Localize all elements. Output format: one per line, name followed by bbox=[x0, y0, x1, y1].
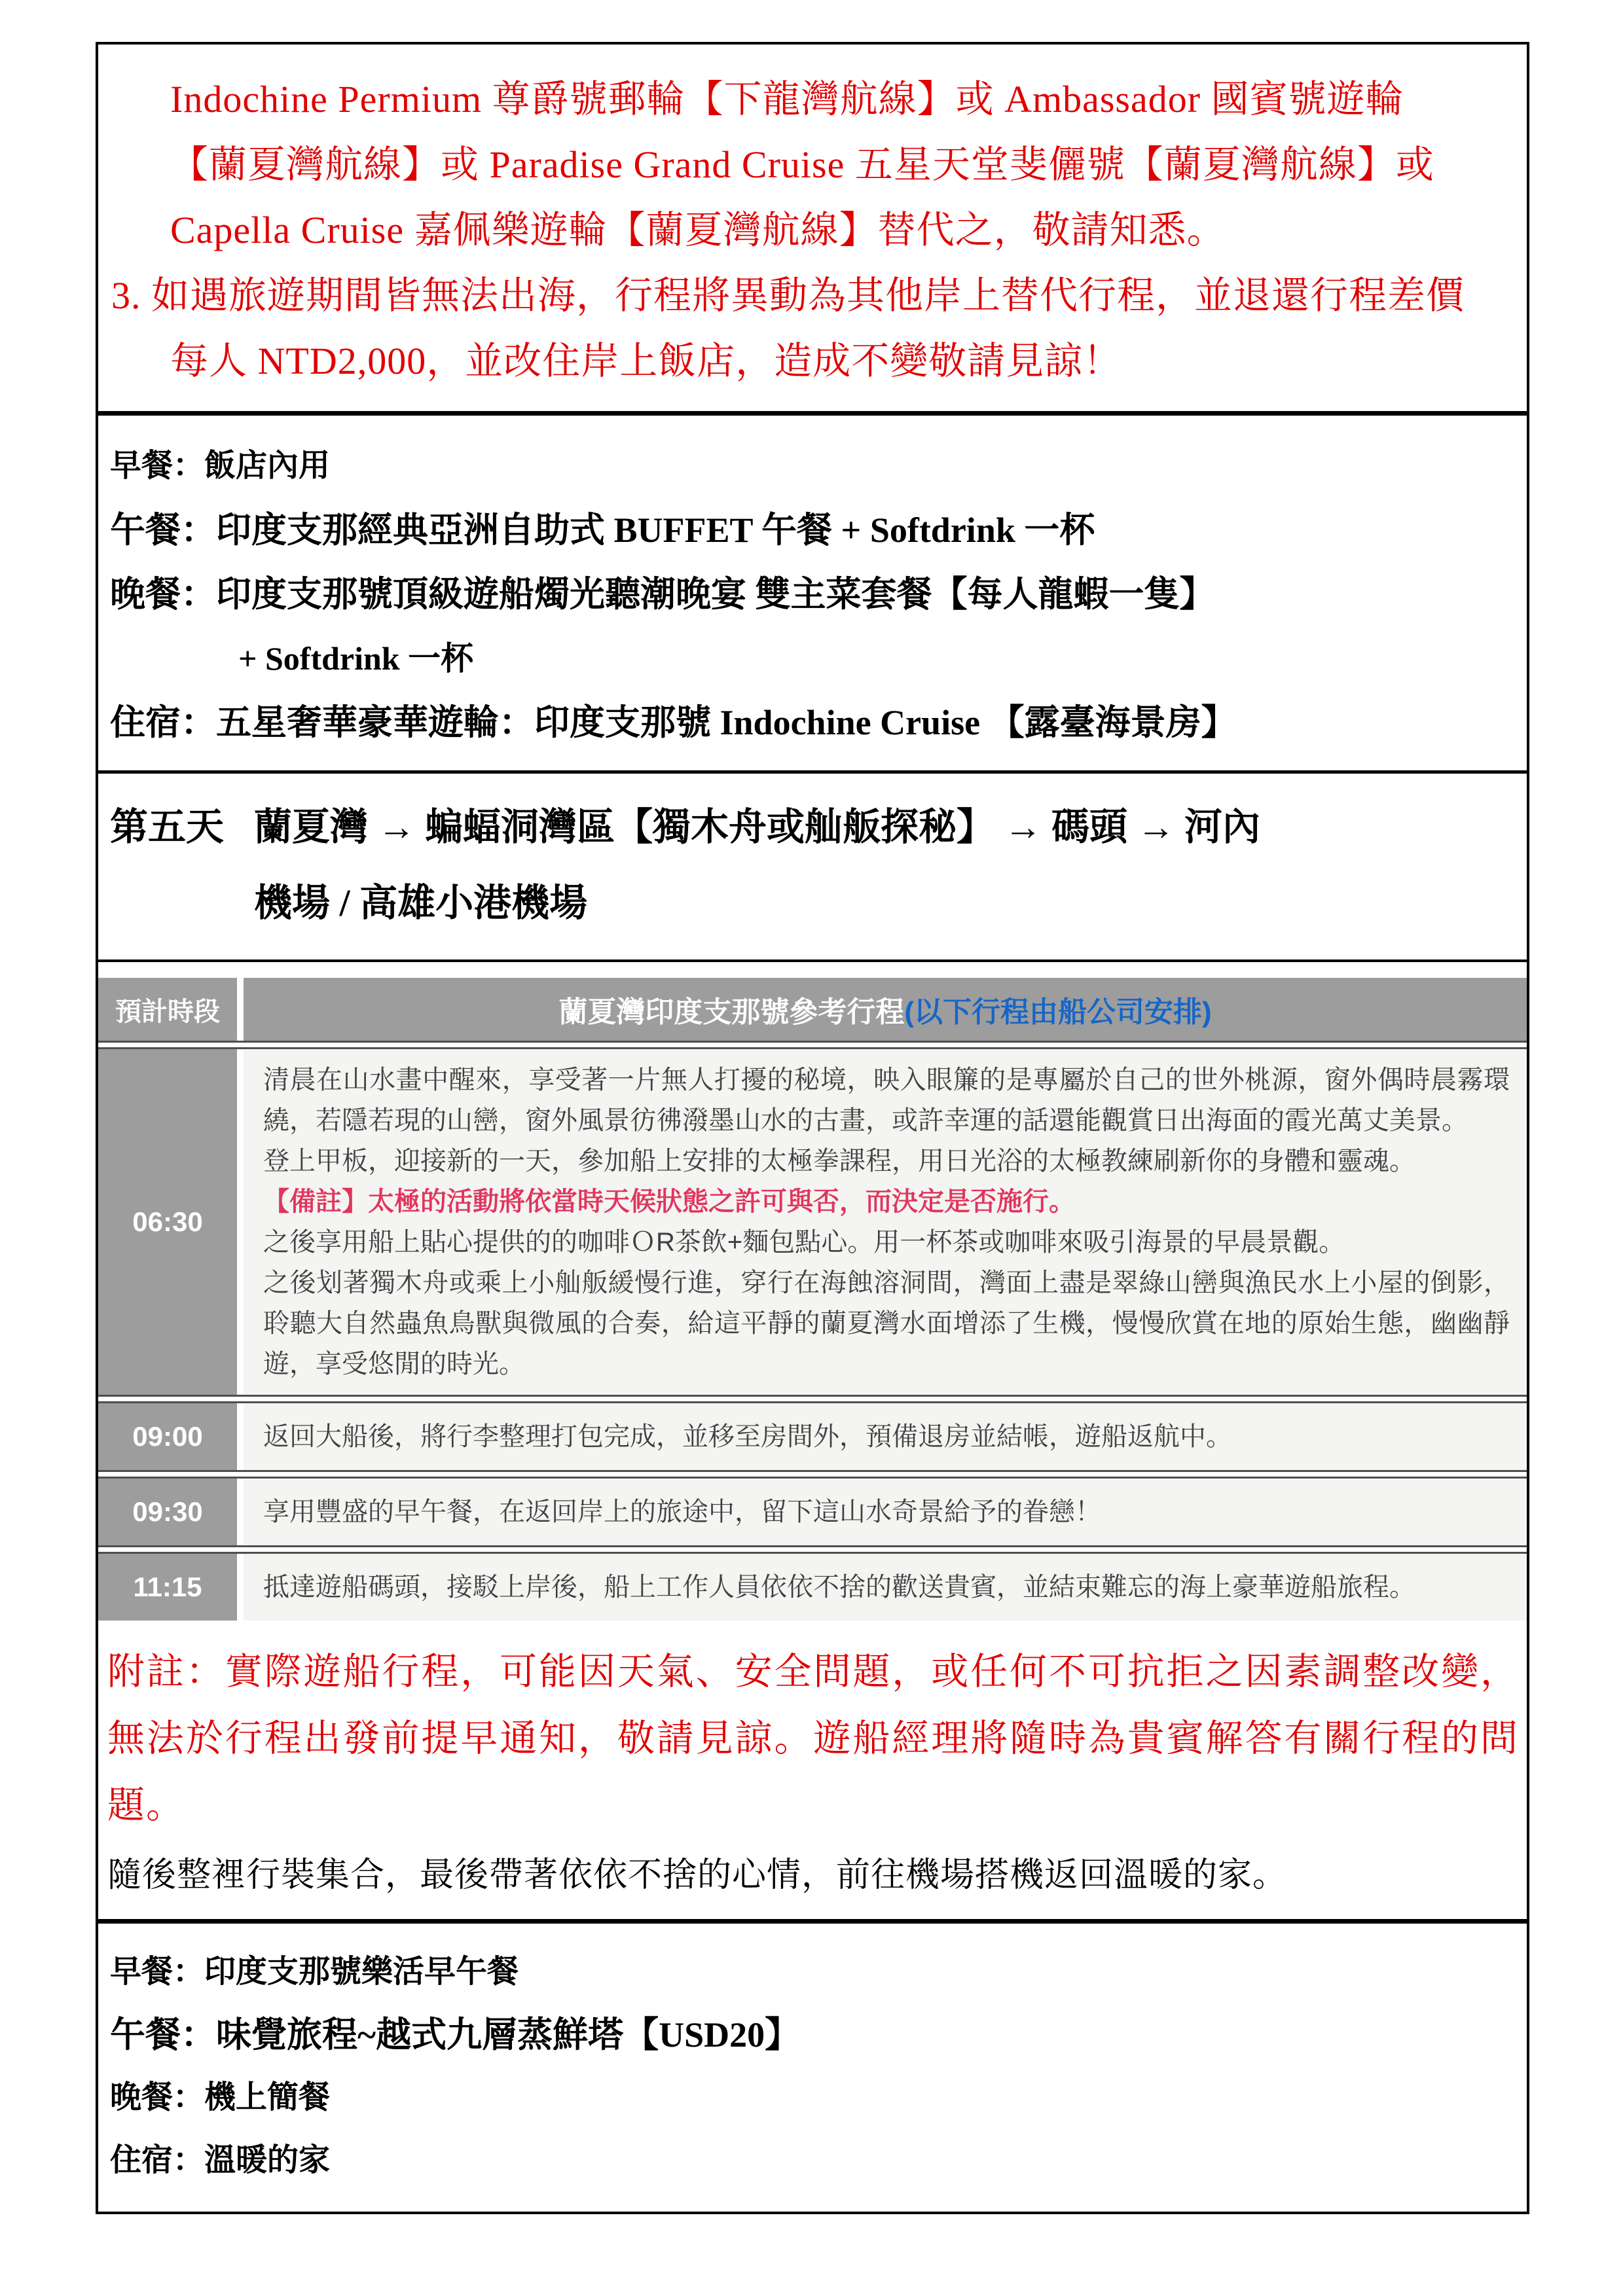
itinerary-paragraph: 抵達遊船碼頭，接駁上岸後，船上工作人員依依不捨的歡送貴賓，並結束難忘的海上豪華遊… bbox=[263, 1567, 1510, 1607]
time-cell: 09:00 bbox=[98, 1403, 237, 1470]
table-row-1115: 11:15 抵達遊船碼頭，接駁上岸後，船上工作人員依依不捨的歡送貴賓，並結束難忘… bbox=[98, 1552, 1527, 1621]
meal-label: 午餐： bbox=[110, 2015, 216, 2054]
schedule-table: 預計時段 蘭夏灣印度支那號參考行程(以下行程由船公司安排) 06:30 清晨在山… bbox=[98, 978, 1527, 1621]
alert-item3-line1: 3. 如遇旅遊期間皆無法出海，行程將異動為其他岸上替代行程，並退還行程差價 bbox=[107, 263, 1519, 329]
alert-item3-line2: 每人 NTD2,000，並改住岸上飯店，造成不變敬請見諒！ bbox=[107, 329, 1519, 394]
itinerary-paragraph: 享用豐盛的早午餐，在返回岸上的旅途中，留下這山水奇景給予的眷戀！ bbox=[263, 1492, 1510, 1532]
remark-note: 【備註】太極的活動將依當時天候狀態之許可與否，而決定是否施行。 bbox=[263, 1181, 1510, 1222]
meal-text: 印度支那經典亞洲自助式 BUFFET 午餐 + Softdrink 一杯 bbox=[216, 511, 1095, 550]
meal-row-breakfast: 早餐：印度支那號樂活早午餐 bbox=[110, 1941, 1519, 2003]
meal-row-lunch: 午餐：味覺旅程~越式九層蒸鮮塔【USD20】 bbox=[110, 2003, 1519, 2066]
meals-day4-section: 早餐：飯店內用 午餐：印度支那經典亞洲自助式 BUFFET 午餐 + Softd… bbox=[98, 416, 1527, 774]
itinerary-paragraph: 之後享用船上貼心提供的的咖啡ＯR茶飲+麵包點心。用一杯茶或咖啡來吸引海景的早晨景… bbox=[263, 1222, 1510, 1263]
meal-text: 味覺旅程~越式九層蒸鮮塔【USD20】 bbox=[216, 2015, 800, 2054]
meal-text: 印度支那號樂活早午餐 bbox=[204, 1954, 519, 1989]
time-cell: 06:30 bbox=[98, 1049, 237, 1395]
itinerary-cell: 返回大船後，將行李整理打包完成，並移至房間外，預備退房並結帳，遊船返航中。 bbox=[244, 1403, 1527, 1470]
itinerary-paragraph: 之後划著獨木舟或乘上小舢舨緩慢行進，穿行在海蝕溶洞間，灣面上盡是翠綠山巒與漁民水… bbox=[263, 1263, 1510, 1384]
alert-section: Indochine Permium 尊爵號郵輪【下龍灣航線】或 Ambassad… bbox=[98, 45, 1527, 416]
meal-row-lunch: 午餐：印度支那經典亞洲自助式 BUFFET 午餐 + Softdrink 一杯 bbox=[110, 498, 1519, 562]
itinerary-cell: 抵達遊船碼頭，接駁上岸後，船上工作人員依依不捨的歡送貴賓，並結束難忘的海上豪華遊… bbox=[244, 1554, 1527, 1621]
day5-heading-section: 第五天 蘭夏灣 → 蝙蝠洞灣區【獨木舟或舢舨探秘】 → 碼頭 → 河內 機場 /… bbox=[98, 774, 1527, 962]
table-header-row: 預計時段 蘭夏灣印度支那號參考行程(以下行程由船公司安排) bbox=[98, 978, 1527, 1043]
table-row-0900: 09:00 返回大船後，將行李整理打包完成，並移至房間外，預備退房並結帳，遊船返… bbox=[98, 1401, 1527, 1472]
table-row-0930: 09:30 享用豐盛的早午餐，在返回岸上的旅途中，留下這山水奇景給予的眷戀！ bbox=[98, 1477, 1527, 1547]
time-cell: 09:30 bbox=[98, 1479, 237, 1545]
document-box: Indochine Permium 尊爵號郵輪【下龍灣航線】或 Ambassad… bbox=[96, 42, 1529, 2214]
meal-text: 五星奢華豪華遊輪：印度支那號 Indochine Cruise 【露臺海景房】 bbox=[216, 703, 1237, 742]
red-note: 附註：實際遊船行程，可能因天氣、安全問題，或任何不可抗拒之因素調整改變，無法於行… bbox=[107, 1639, 1519, 1839]
time-cell: 11:15 bbox=[98, 1554, 237, 1621]
meal-row-hotel: 住宿：溫暖的家 bbox=[110, 2129, 1519, 2192]
day5-label: 第五天 bbox=[110, 789, 224, 941]
itinerary-paragraph: 返回大船後，將行李整理打包完成，並移至房間外，預備退房並結帳，遊船返航中。 bbox=[263, 1416, 1510, 1457]
itinerary-paragraph: 登上甲板，迎接新的一天，參加船上安排的太極拳課程，用日光浴的太極教練刷新你的身體… bbox=[263, 1141, 1510, 1181]
itinerary-paragraph: 清晨在山水畫中醒來，享受著一片無人打擾的秘境，映入眼簾的是專屬於自己的世外桃源，… bbox=[263, 1060, 1510, 1141]
meal-label: 住宿： bbox=[110, 2143, 204, 2178]
itinerary-page: Indochine Permium 尊爵號郵輪【下龍灣航線】或 Ambassad… bbox=[0, 0, 1623, 2296]
meal-label: 晚餐： bbox=[110, 2080, 204, 2115]
itinerary-header-cell: 蘭夏灣印度支那號參考行程(以下行程由船公司安排) bbox=[244, 978, 1527, 1041]
table-row-0630: 06:30 清晨在山水畫中醒來，享受著一片無人打擾的秘境，映入眼簾的是專屬於自己… bbox=[98, 1047, 1527, 1397]
notes-section: 附註：實際遊船行程，可能因天氣、安全問題，或任何不可抗拒之因素調整改變，無法於行… bbox=[98, 1621, 1527, 1919]
meal-label: 晚餐： bbox=[110, 575, 216, 614]
alert-line: Indochine Permium 尊爵號郵輪【下龍灣航線】或 Ambassad… bbox=[107, 67, 1519, 132]
meal-text: 印度支那號頂級遊船燭光聽潮晚宴 雙主菜套餐【每人龍蝦一隻】 bbox=[216, 575, 1215, 614]
meal-text: 溫暖的家 bbox=[204, 2143, 330, 2178]
table-subtitle: (以下行程由船公司安排) bbox=[904, 988, 1211, 1030]
meal-row-dinner-cont: + Softdrink 一杯 bbox=[238, 626, 1519, 691]
meal-label: 早餐： bbox=[110, 1954, 204, 1989]
table-title: 蘭夏灣印度支那號參考行程 bbox=[558, 988, 904, 1030]
itinerary-cell: 享用豐盛的早午餐，在返回岸上的旅途中，留下這山水奇景給予的眷戀！ bbox=[244, 1479, 1527, 1545]
alert-line: 【蘭夏灣航線】或 Paradise Grand Cruise 五星天堂斐儷號【蘭… bbox=[107, 132, 1519, 198]
meal-row-dinner: 晚餐：機上簡餐 bbox=[110, 2066, 1519, 2129]
meal-text: + Softdrink 一杯 bbox=[238, 640, 473, 677]
meal-text: 飯店內用 bbox=[204, 448, 330, 483]
meal-row-dinner: 晚餐：印度支那號頂級遊船燭光聽潮晚宴 雙主菜套餐【每人龍蝦一隻】 bbox=[110, 562, 1519, 626]
meal-label: 住宿： bbox=[110, 703, 216, 742]
time-header-cell: 預計時段 bbox=[98, 978, 237, 1041]
alert-line: Capella Cruise 嘉佩樂遊輪【蘭夏灣航線】替代之，敬請知悉。 bbox=[107, 198, 1519, 263]
meal-text: 機上簡餐 bbox=[204, 2080, 330, 2115]
itinerary-cell: 清晨在山水畫中醒來，享受著一片無人打擾的秘境，映入眼簾的是專屬於自己的世外桃源，… bbox=[244, 1049, 1527, 1395]
meal-label: 午餐： bbox=[110, 511, 216, 550]
meal-row-hotel: 住宿：五星奢華豪華遊輪：印度支那號 Indochine Cruise 【露臺海景… bbox=[110, 691, 1519, 755]
meal-label: 早餐： bbox=[110, 448, 204, 483]
day5-route: 蘭夏灣 → 蝙蝠洞灣區【獨木舟或舢舨探秘】 → 碼頭 → 河內 機場 / 高雄小… bbox=[254, 789, 1260, 941]
meals-day5-section: 早餐：印度支那號樂活早午餐 午餐：味覺旅程~越式九層蒸鮮塔【USD20】 晚餐：… bbox=[98, 1919, 1527, 2212]
meal-row-breakfast: 早餐：飯店內用 bbox=[110, 434, 1519, 498]
closing-note: 隨後整裡行裝集合，最後帶著依依不捨的心情，前往機場搭機返回溫暖的家。 bbox=[107, 1844, 1519, 1907]
